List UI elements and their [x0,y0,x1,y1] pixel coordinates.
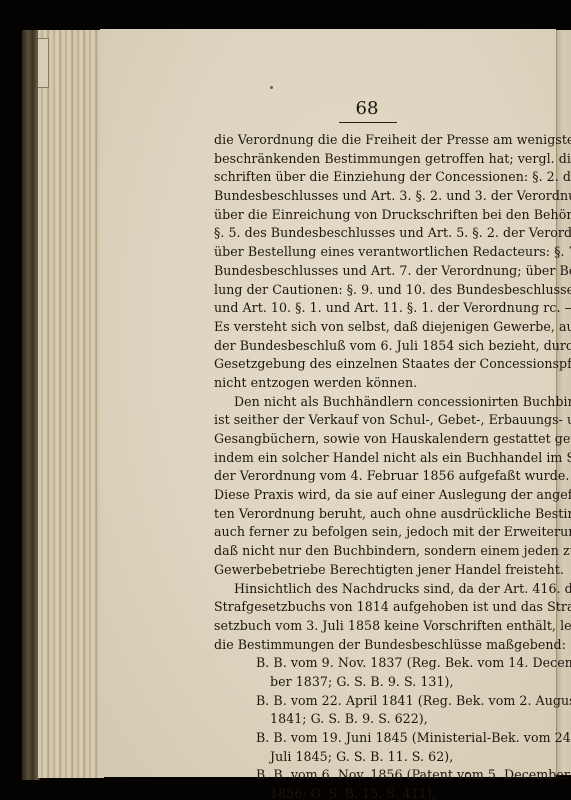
page-number-rule [339,122,397,123]
reference-line: 1856; G. S. B. 15. S. 411), [214,785,557,800]
text-line: setzbuch vom 3. Juli 1858 keine Vorschri… [214,617,557,636]
reference-line: Juli 1845; G. S. B. 11. S. 62), [214,748,557,767]
text-line: Hinsichtlich des Nachdrucks sind, da der… [214,580,557,599]
page-stack [38,30,104,778]
text-line: auch ferner zu befolgen sein, jedoch mit… [214,523,557,542]
text-line: ten Verordnung beruht, auch ohne ausdrüc… [214,505,557,524]
text-line: indem ein solcher Handel nicht als ein B… [214,449,557,468]
text-line: §. 5. des Bundesbeschlusses und Art. 5. … [214,224,557,243]
text-line: schriften über die Einziehung der Conces… [214,168,557,187]
text-line: nicht entzogen werden können. [214,374,557,393]
text-line: lung der Cautionen: §. 9. und 10. des Bu… [214,281,557,300]
reference-line: 1841; G. S. B. 9. S. 622), [214,710,557,729]
text-line: beschränkenden Bestimmungen getroffen ha… [214,150,557,169]
reference-line: B. B. vom 9. Nov. 1837 (Reg. Bek. vom 14… [214,654,557,673]
page-number: 68 [345,98,389,119]
text-line: Gesangbüchern, sowie von Hauskalendern g… [214,430,557,449]
text-line: Diese Praxis wird, da sie auf einer Ausl… [214,486,557,505]
text-line: Den nicht als Buchhändlern concessionirt… [214,393,557,412]
text-line: Gesetzgebung des einzelnen Staates der C… [214,355,557,374]
reference-line: ber 1837; G. S. B. 9. S. 131), [214,673,557,692]
page-tab-marker [38,38,49,88]
reference-line: B. B. vom 22. April 1841 (Reg. Bek. vom … [214,692,557,711]
text-line: Bundesbeschlusses und Art. 7. der Verord… [214,262,557,281]
text-line: über Bestellung eines verantwortlichen R… [214,243,557,262]
reference-line: B. B. vom 6. Nov. 1856 (Patent vom 5. De… [214,766,557,785]
text-line: der Verordnung vom 4. Februar 1856 aufge… [214,467,557,486]
text-line: über die Einreichung von Druckschriften … [214,206,557,225]
body-text: die Verordnung die die Freiheit der Pres… [214,131,557,800]
reference-line: B. B. vom 19. Juni 1845 (Ministerial-Bek… [214,729,557,748]
ink-spot [270,86,273,89]
text-line: daß nicht nur den Buchbindern, sondern e… [214,542,557,561]
text-line: die Verordnung die die Freiheit der Pres… [214,131,557,150]
text-line: ist seither der Verkauf von Schul-, Gebe… [214,411,557,430]
text-line: und Art. 10. §. 1. und Art. 11. §. 1. de… [214,299,557,318]
text-line: Bundesbeschlusses und Art. 3. §. 2. und … [214,187,557,206]
text-line: Strafgesetzbuchs von 1814 aufgehoben ist… [214,598,557,617]
text-line: die Bestimmungen der Bundesbeschlüsse ma… [214,636,557,655]
text-line: der Bundesbeschluß vom 6. Juli 1854 sich… [214,337,557,356]
text-line: Gewerbebetriebe Berechtigten jener Hande… [214,561,557,580]
text-line: Es versteht sich von selbst, daß diejeni… [214,318,557,337]
